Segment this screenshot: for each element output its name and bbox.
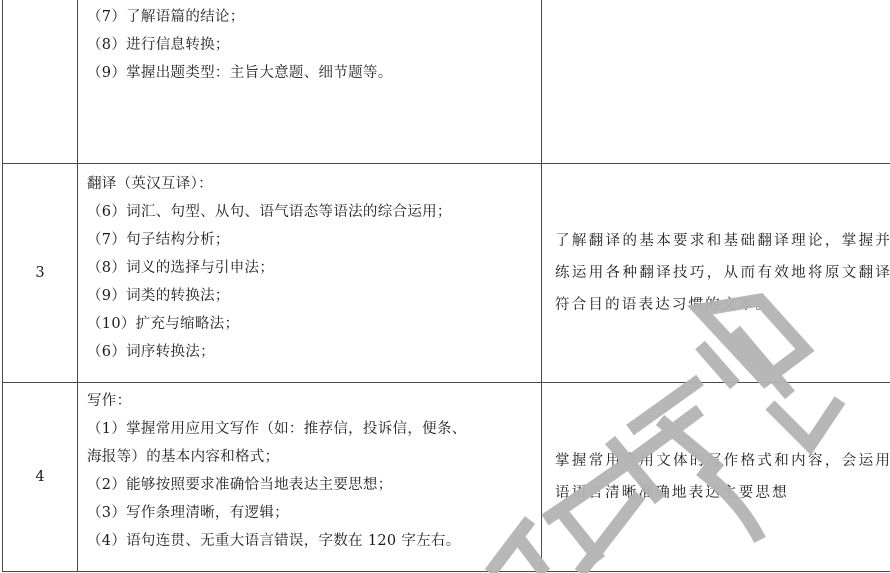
section-heading: 翻译（英汉互译）： [87, 170, 541, 198]
row-number-cell: 4 [3, 383, 78, 572]
row-number: 3 [35, 265, 44, 281]
requirement-cell: 掌握常用应用文体的写作格式和内容，会运用英语语言清晰准确地表达主要思想 [542, 383, 890, 572]
content-cell: （7）了解语篇的结论； （8）进行信息转换； （9）掌握出题类型：主旨大意题、细… [78, 0, 542, 164]
syllabus-table: （7）了解语篇的结论； （8）进行信息转换； （9）掌握出题类型：主旨大意题、细… [2, 0, 890, 572]
row-number: 4 [35, 469, 44, 485]
content-line: 海报等）的基本内容和格式； [87, 443, 541, 471]
requirement-cell: 了解翻译的基本要求和基础翻译理论，掌握并熟练运用各种翻译技巧，从而有效地将原文翻… [542, 164, 890, 383]
row-number-cell [3, 0, 78, 164]
requirement-cell [542, 0, 890, 164]
content-line: （8）进行信息转换； [87, 31, 541, 59]
row-number-cell: 3 [3, 164, 78, 383]
table-row: （7）了解语篇的结论； （8）进行信息转换； （9）掌握出题类型：主旨大意题、细… [3, 0, 890, 164]
content-line: （1）掌握常用应用文写作（如：推荐信，投诉信，便条、 [87, 415, 541, 443]
content-cell: 翻译（英汉互译）： （6）词汇、句型、从句、语气语态等语法的综合运用； （7）句… [78, 164, 542, 383]
content-line: （6）词序转换法； [87, 338, 541, 366]
table-row: 3 翻译（英汉互译）： （6）词汇、句型、从句、语气语态等语法的综合运用； （7… [3, 164, 890, 383]
content-line: （9）词类的转换法； [87, 282, 541, 310]
content-line: （10）扩充与缩略法； [87, 310, 541, 338]
table-row: 4 写作： （1）掌握常用应用文写作（如：推荐信，投诉信，便条、 海报等）的基本… [3, 383, 890, 572]
content-line: （7）句子结构分析； [87, 226, 541, 254]
content-cell: 写作： （1）掌握常用应用文写作（如：推荐信，投诉信，便条、 海报等）的基本内容… [78, 383, 542, 572]
content-line: （7）了解语篇的结论； [87, 3, 541, 31]
content-line: （9）掌握出题类型：主旨大意题、细节题等。 [87, 59, 541, 87]
content-line: （2）能够按照要求准确恰当地表达主要思想； [87, 471, 541, 499]
content-line: （8）词义的选择与引申法； [87, 254, 541, 282]
requirement-text: 掌握常用应用文体的写作格式和内容，会运用英语语言清晰准确地表达主要思想 [555, 445, 890, 509]
content-line: （4）语句连贯、无重大语言错误，字数在 120 字左右。 [87, 527, 541, 555]
content-line: （3）写作条理清晰，有逻辑； [87, 499, 541, 527]
section-heading: 写作： [87, 387, 541, 415]
content-line: （6）词汇、句型、从句、语气语态等语法的综合运用； [87, 198, 541, 226]
requirement-text: 了解翻译的基本要求和基础翻译理论，掌握并熟练运用各种翻译技巧，从而有效地将原文翻… [555, 225, 890, 321]
